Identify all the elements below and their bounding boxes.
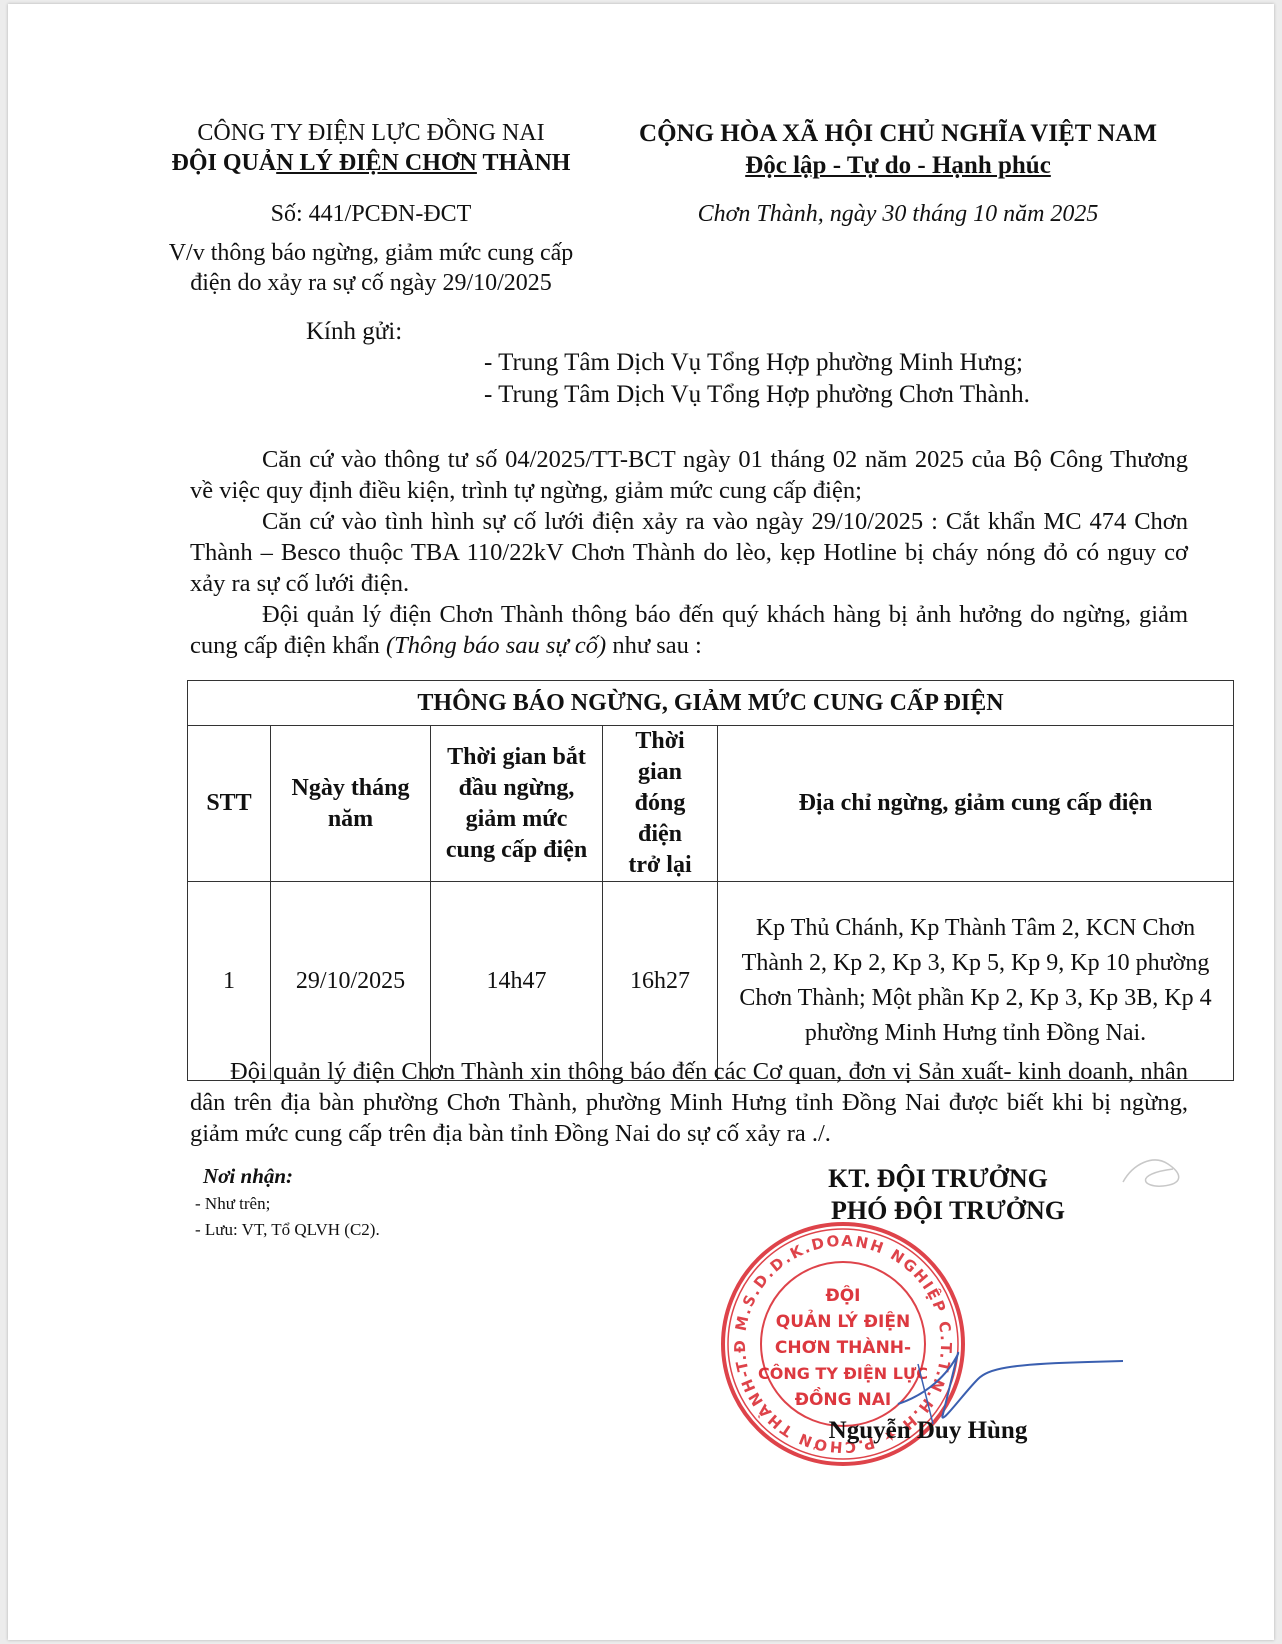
col-header-start: Thời gian bắt đầu ngừng, giảm mức cung c…	[431, 726, 603, 882]
national-motto: Độc lập - Tự do - Hạnh phúc	[618, 152, 1178, 180]
table-row: 1 29/10/2025 14h47 16h27 Kp Thủ Chánh, K…	[188, 882, 1234, 1081]
document-page: CÔNG TY ĐIỆN LỰC ĐỒNG NAI ĐỘI QUẢN LÝ ĐI…	[8, 4, 1274, 1640]
recipients-label: Kính gửi:	[306, 318, 402, 346]
closing-text: Đội quản lý điện Chơn Thành xin thông bá…	[190, 1058, 1188, 1147]
cell-date: 29/10/2025	[271, 882, 431, 1081]
body-paragraph-3: Đội quản lý điện Chơn Thành thông báo đế…	[190, 599, 1188, 661]
col-restore-label: Thời gian đóng điện trở lại	[625, 726, 695, 881]
subject-line-2: điện do xảy ra sự cố ngày 29/10/2025	[136, 270, 606, 297]
country-name: CỘNG HÒA XÃ HỘI CHỦ NGHĨA VIỆT NAM	[618, 120, 1178, 148]
col-header-restore: Thời gian đóng điện trở lại	[603, 726, 718, 882]
cell-stt: 1	[188, 882, 271, 1081]
address-text: Kp Thủ Chánh, Kp Thành Tâm 2, KCN Chơn T…	[739, 915, 1211, 1046]
distribution-label: Nơi nhận:	[203, 1164, 293, 1189]
org-unit: ĐỘI QUẢN LÝ ĐIỆN CHƠN THÀNH	[136, 150, 606, 177]
stamp-line: ĐỒNG NAI	[795, 1386, 892, 1410]
org-parent: CÔNG TY ĐIỆN LỰC ĐỒNG NAI	[136, 120, 606, 147]
motto-text: Độc lập - Tự do - Hạnh phúc	[745, 152, 1051, 179]
subject-line-1: V/v thông báo ngừng, giảm mức cung cấp	[136, 240, 606, 267]
place-date: Chơn Thành, ngày 30 tháng 10 năm 2025	[618, 201, 1178, 228]
cell-start: 14h47	[431, 882, 603, 1081]
recipient-item: - Trung Tâm Dịch Vụ Tổng Hợp phường Chơn…	[484, 381, 1030, 409]
body-paragraph-1: Căn cứ vào thông tư số 04/2025/TT-BCT ng…	[190, 444, 1188, 506]
distribution-item: - Như trên;	[195, 1194, 270, 1214]
cell-restore: 16h27	[603, 882, 718, 1081]
cell-address: Kp Thủ Chánh, Kp Thành Tâm 2, KCN Chơn T…	[718, 882, 1234, 1081]
para2-text: Căn cứ vào tình hình sự cố lưới điện xảy…	[190, 508, 1188, 597]
recipient-item: - Trung Tâm Dịch Vụ Tổng Hợp phường Minh…	[484, 349, 1023, 377]
signer-name: Nguyễn Duy Hùng	[778, 1417, 1078, 1445]
col-date-label: Ngày tháng năm	[286, 773, 416, 835]
col-header-address: Địa chỉ ngừng, giảm cung cấp điện	[718, 726, 1234, 882]
org-unit-prefix: ĐỘI QUẢ	[172, 150, 277, 176]
signer-title-1: KT. ĐỘI TRƯỞNG	[768, 1164, 1108, 1194]
org-unit-underlined: N LÝ ĐIỆN CHƠN	[276, 150, 477, 176]
para1-text: Căn cứ vào thông tư số 04/2025/TT-BCT ng…	[190, 446, 1188, 504]
closing-paragraph: Đội quản lý điện Chơn Thành xin thông bá…	[190, 1056, 1188, 1149]
para3-end: như sau :	[606, 632, 702, 659]
col-header-stt: STT	[188, 726, 271, 882]
col-header-date: Ngày tháng năm	[271, 726, 431, 882]
outage-notice-table: THÔNG BÁO NGỪNG, GIẢM MỨC CUNG CẤP ĐIỆN …	[187, 680, 1234, 1081]
stamp-line: QUẢN LÝ ĐIỆN	[776, 1309, 910, 1332]
doc-number: Số: 441/PCĐN-ĐCT	[136, 201, 606, 228]
body-paragraph-2: Căn cứ vào tình hình sự cố lưới điện xảy…	[190, 506, 1188, 599]
org-unit-suffix: THÀNH	[477, 150, 571, 176]
table-title: THÔNG BÁO NGỪNG, GIẢM MỨC CUNG CẤP ĐIỆN	[188, 681, 1234, 726]
para3-italic: (Thông báo sau sự cố)	[386, 632, 606, 659]
stamp-line: ĐỘI	[825, 1284, 860, 1306]
scribble-mark-icon	[1113, 1144, 1193, 1194]
col-start-label: Thời gian bắt đầu ngừng, giảm mức cung c…	[442, 742, 592, 866]
distribution-item: - Lưu: VT, Tổ QLVH (C2).	[195, 1220, 380, 1240]
